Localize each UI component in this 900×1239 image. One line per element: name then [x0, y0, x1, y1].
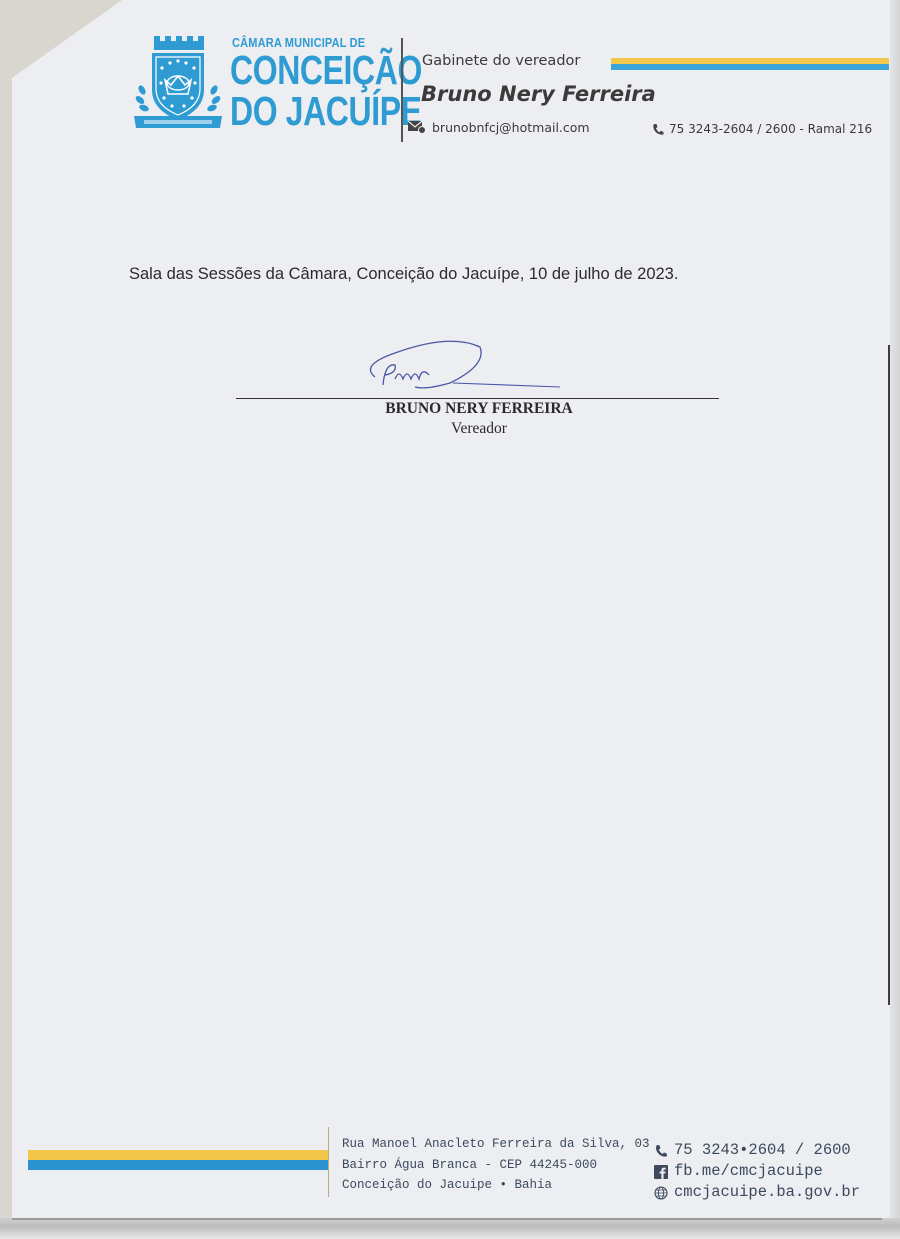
address-line-2: Bairro Água Branca - CEP 44245-000: [342, 1155, 650, 1176]
org-name-line2: DO JACUÍPE: [230, 91, 422, 132]
signer-role: Vereador: [0, 420, 900, 438]
globe-icon: [654, 1186, 668, 1200]
phone-icon: [654, 1144, 668, 1158]
footer-phone-row: 75 3243•2604 / 2600: [654, 1140, 860, 1161]
header-email: brunobnfcj@hotmail.com: [408, 120, 590, 135]
date-location-line: Sala das Sessões da Câmara, Conceição do…: [129, 265, 678, 284]
address-line-3: Conceição do Jacuipe • Bahia: [342, 1175, 650, 1196]
email-address: brunobnfcj@hotmail.com: [432, 120, 590, 135]
letterhead-page: [12, 0, 890, 1224]
footer-website-row[interactable]: cmcjacuipe.ba.gov.br: [654, 1182, 860, 1203]
header-phone: 75 3243-2604 / 2600 - Ramal 216: [652, 122, 872, 136]
header-color-stripe: [611, 58, 889, 72]
vereador-name-heading: Bruno Nery Ferreira: [421, 82, 656, 106]
footer-facebook-link[interactable]: fb.me/cmcjacuipe: [674, 1161, 823, 1182]
footer-website-link[interactable]: cmcjacuipe.ba.gov.br: [674, 1182, 860, 1203]
signature-line: [236, 398, 719, 399]
phone-icon: [652, 123, 664, 136]
header-divider: [401, 38, 403, 142]
facebook-icon: [654, 1165, 668, 1179]
mail-icon: [408, 121, 426, 134]
footer-contacts: 75 3243•2604 / 2600 fb.me/cmcjacuipe cmc…: [654, 1140, 860, 1203]
phone-number: 75 3243-2604 / 2600 - Ramal 216: [669, 122, 872, 136]
footer-color-stripe: [28, 1150, 328, 1170]
coat-of-arms-icon: [130, 28, 226, 132]
footer-facebook-row[interactable]: fb.me/cmcjacuipe: [654, 1161, 860, 1182]
page-edge-line: [888, 345, 890, 1005]
page-bottom-shadow: [0, 1218, 900, 1239]
footer-address: Rua Manoel Anacleto Ferreira da Silva, 0…: [342, 1134, 650, 1196]
signature-icon: [355, 335, 575, 395]
org-name-line1: CONCEIÇÃO: [230, 50, 422, 91]
page-bottom-edge: [12, 1218, 882, 1220]
footer-phone: 75 3243•2604 / 2600: [674, 1140, 851, 1161]
address-line-1: Rua Manoel Anacleto Ferreira da Silva, 0…: [342, 1134, 650, 1155]
cabinet-label: Gabinete do vereador: [422, 53, 580, 69]
footer-divider: [328, 1127, 329, 1197]
signer-name: BRUNO NERY FERREIRA: [0, 400, 900, 418]
